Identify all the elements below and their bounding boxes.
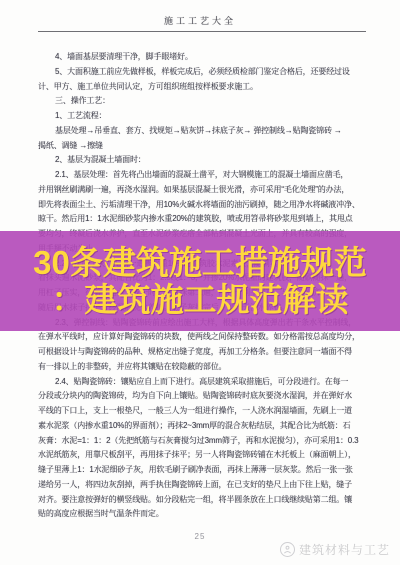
banner-title-line2: ：建筑施工规范解读 (52, 281, 349, 318)
doc-line: 灰膏：水泥=1：1：2（先把纸筋与石灰膏搅匀过3mm筛子，再和水泥搅匀），亦可采… (38, 434, 367, 449)
doc-line: 素水泥浆（内掺水重10%的界面剂）；再抹2~3mm厚的混合灰粘结层，其配合比为纸… (38, 419, 367, 434)
doc-line: 对齐。要注意按弹好的横竖线贴。如分段粘完一组，将半圆条放在上口线继续贴第二组。镶 (38, 493, 367, 508)
promo-banner-title: 30条建筑施工措施规范 ：建筑施工规范解读 (0, 231, 400, 331)
doc-line: 三、操作工艺： (38, 94, 367, 109)
doc-line: 2.1、基层处理：首先将凸出墙面的混凝土凿平，对大钢模施工的混凝土墙面应凿毛， (38, 168, 367, 183)
doc-line: 在弹水平线时，应计算好陶瓷锦砖的块数，使两线之间保持整砖数。如分格需按总高度均分… (38, 330, 367, 345)
doc-line: 水泥纸筋灰，用靠尺板刮平，再用抹子抹平；另一人将陶瓷锦砖铺在木托板上（麻面朝上）… (38, 448, 367, 463)
doc-line: 计、甲方、施工单位共同认定，方可组织班组按样板要求施工。 (38, 80, 367, 95)
doc-line: 分段或分块内的陶瓷锦砖，均为自下向上镶贴。贴陶瓷锦砖时底灰要浇水湿润，并在弹好水 (38, 389, 367, 404)
page-number: 25 (0, 532, 400, 541)
doc-line: 贴的高度应根据当时气温条件而定。 (38, 507, 367, 522)
doc-line: 即先将表面尘土、污垢清理干净，用10%火碱水将墙面的油污刷掉，随之用净水将碱液冲… (38, 198, 367, 213)
doc-line: 缝子里薄上1：1水泥细砂子灰，用软毛刷子刷净表面，再抹上薄薄一层灰浆。然后一张一… (38, 463, 367, 478)
doc-line: 2、基层为混凝土墙面时： (38, 153, 367, 168)
doc-line: 1、工艺流程： (38, 109, 367, 124)
doc-line: 5、大面积施工前应先做样板，样板完成后，必须经质检部门鉴定合格后，还要经过设 (38, 65, 367, 80)
doc-line: 晾干。然后用1：1水泥细砂浆内掺水重20%的建筑胶，喷或用笤帚将砂浆甩到墙上，其… (38, 212, 367, 227)
builder-logo-icon (280, 542, 295, 557)
doc-line: 并用钢丝刷满刷一遍，再浇水湿润。如果基层混凝土很光滑，亦可采用“毛化处理”的办法… (38, 183, 367, 198)
doc-line: 有一排以上的非整砖，并应将其镶贴在较隐蔽的部位。 (38, 360, 367, 375)
doc-line: 递给另一人，将四边灰刮掉，两手执住陶瓷锦砖上面，在已支好的垫尺上由下往上贴，缝子 (38, 478, 367, 493)
doc-line: 揭纸、调缝 →擦缝 (38, 139, 367, 154)
banner-title-line1: 30条建筑施工措施规范 (33, 244, 367, 281)
doc-line: 平线的下口上，支上一根垫尺，一般三人为一组进行操作，一人浇水润湿墙面，先刷上一道 (38, 404, 367, 419)
document-header-title: 施工工艺大全 (0, 0, 400, 27)
watermark-label: 建筑材料与工艺 (299, 541, 390, 558)
doc-line: 可根据设计与陶瓷锦砖的品种、规格定出缝子宽度，再加工分格条。但要注意同一墙面不得 (38, 345, 367, 360)
doc-line: 4、墙面基层要清理干净，脚手眼堵好。 (38, 50, 367, 65)
scanned-document-page: 施工工艺大全 4、墙面基层要清理干净，脚手眼堵好。5、大面积施工前应先做样板，样… (0, 0, 400, 565)
doc-line: 2.4、贴陶瓷锦砖：镶贴应自上而下进行。高层建筑采取措施后，可分段进行。在每一 (38, 375, 367, 390)
doc-line: 基层处理→吊垂直、套方、找规矩→贴灰饼→抹底子灰→ 弹控制线→贴陶瓷锦砖 → (38, 124, 367, 139)
watermark: 建筑材料与工艺 (280, 541, 390, 558)
